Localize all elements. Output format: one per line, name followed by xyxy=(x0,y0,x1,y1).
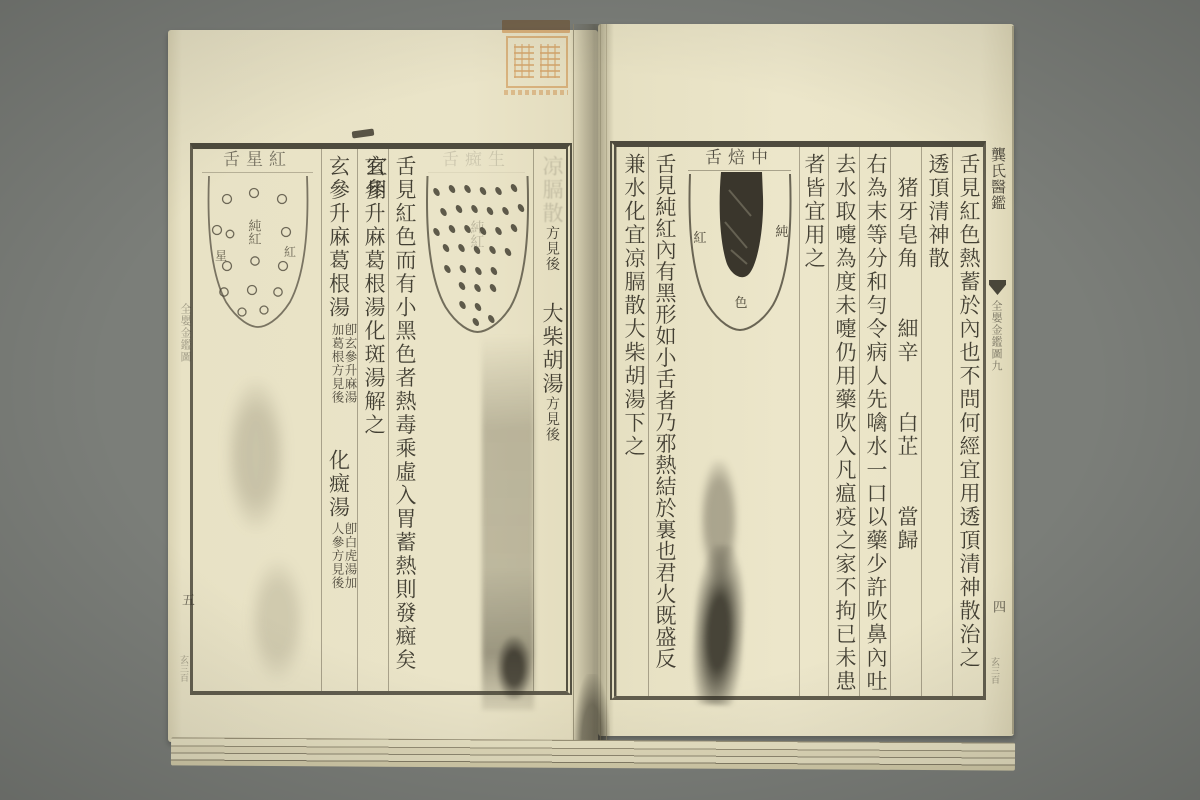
small-text: 方見後 xyxy=(544,226,560,273)
banxin-section: 全嬰金鑑圖九 xyxy=(988,300,1004,372)
note-line: 加葛根方見後 xyxy=(331,323,344,404)
banxin-left: 全嬰金鑑圖 五 玄三百 xyxy=(175,143,191,695)
page-number: 四 xyxy=(988,600,1007,613)
tongue-label-right: 紅 xyxy=(283,245,295,259)
tongue-figure: 純紅 xyxy=(414,174,539,344)
banxin-section: 全嬰金鑑圖 xyxy=(177,303,193,363)
tongue-label-left: 紅 xyxy=(693,231,706,246)
note-line: 人參方見後 xyxy=(331,522,344,590)
diagram-heading: 生癍舌 xyxy=(428,149,525,173)
text-column: 兼水化宜凉膈散大柴胡湯下之 xyxy=(616,147,648,696)
banxin-bottom-mark: 玄三百 xyxy=(988,657,1001,684)
text-column: 舌見紅色熱蓄於內也不問何經宜用透頂清神散治之 xyxy=(952,147,983,696)
banxin-title: 龔氏醫鑑 xyxy=(988,147,1009,211)
tongue-center-label: 純紅 xyxy=(468,220,484,248)
banxin-right: 龔氏醫鑑 全嬰金鑑圖九 四 玄三百 xyxy=(986,143,1012,698)
tongue-figure: 純 紅 色 xyxy=(679,172,801,342)
text-column: 透頂清神散 xyxy=(921,147,952,696)
text-column: 者皆宜用之 xyxy=(799,147,828,696)
watermark-bar xyxy=(502,20,570,33)
tongue-label-bottom: 色 xyxy=(734,296,747,311)
watermark-glyph xyxy=(514,44,534,78)
diagram-heading: 中焙舌 xyxy=(688,147,791,171)
diagram-heading: 紅星舌 xyxy=(202,149,313,173)
inline-note: 卽玄參升麻湯加葛根方見後 xyxy=(331,323,357,404)
watermark-seal xyxy=(506,36,568,88)
faint-text: 凉膈散 xyxy=(540,155,564,226)
small-text: 方見後 xyxy=(544,396,560,443)
note-line: 卽白虎湯加 xyxy=(344,522,357,590)
text-column: 去水取嚏為度未嚏仍用藥吹入凡瘟疫之家不拘已未患 xyxy=(828,147,859,696)
note-line: 卽玄參升麻湯 xyxy=(344,323,357,404)
text-column: 右為末等分和勻令病人先噙水一口以藥少許吹鼻內吐 xyxy=(859,147,890,696)
text-column-prescriptions: 玄參升麻葛根湯卽玄參升麻湯加葛根方見後化癍湯卽白虎湯加人參方見後 xyxy=(321,149,357,691)
text-column-ingredients: 猪牙皂角 細辛 白芷 當歸 xyxy=(890,147,921,696)
watermark-stamp xyxy=(504,20,568,100)
fishtail-mark xyxy=(989,280,1006,295)
tongue-center-label: 純紅 xyxy=(245,218,261,245)
tongue-label-right: 純 xyxy=(775,224,788,240)
banxin-bottom-mark: 玄三百 xyxy=(177,655,190,682)
page-number: 五 xyxy=(177,593,196,606)
text-column: 舌見純紅內有黑形如小舌者乃邪熱結於裏也君火既盛反 xyxy=(648,147,679,696)
main-text: 大柴胡湯 xyxy=(540,302,564,396)
tongue-figure: 純紅 紅 星 xyxy=(197,174,319,339)
inline-note: 卽白虎湯加人參方見後 xyxy=(331,522,357,590)
main-text: 化癍湯 xyxy=(327,449,351,520)
watermark-glyph xyxy=(540,44,560,78)
page-edge-stack xyxy=(171,737,1015,770)
watermark-caption-line xyxy=(504,90,568,95)
right-printed-frame: 舌見紅色熱蓄於內也不問何經宜用透頂清神散治之 透頂清神散 猪牙皂角 細辛 白芷 … xyxy=(610,141,986,700)
left-printed-frame: 凉膈散方見後大柴胡湯方見後 生癍舌 純紅 舌見紅色而有小黑色者熱毒乘虛入胃蓄熱則… xyxy=(190,143,572,695)
main-text: 玄參升麻葛根湯 xyxy=(327,155,351,320)
photo-backdrop: 舌見紅色熱蓄於內也不問何經宜用透頂清神散治之 透頂清神散 猪牙皂角 細辛 白芷 … xyxy=(0,0,1200,800)
paper-edge xyxy=(1012,26,1014,734)
text-column: 玄參升麻葛根湯化斑湯解之 xyxy=(357,149,388,691)
tongue-label-left: 星 xyxy=(214,249,226,263)
